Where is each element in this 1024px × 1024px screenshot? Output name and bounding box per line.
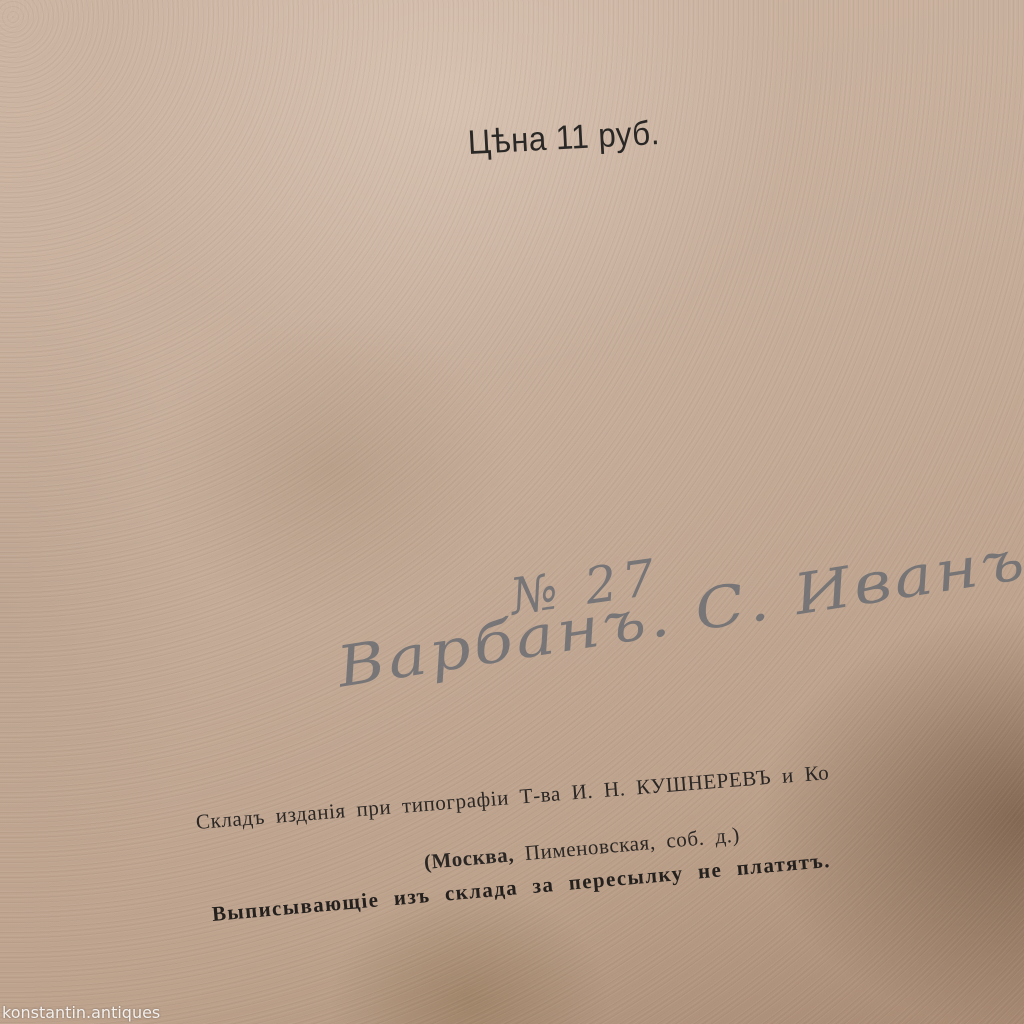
book-page: Цѣна 11 руб. № 27 Варбанъ. С. Иванъ Скла…	[0, 0, 1024, 1024]
imprint-city: (Москва,	[423, 842, 515, 874]
price-stamp: Цѣна 11 руб.	[467, 114, 661, 163]
handwritten-inscription: Варбанъ. С. Иванъ	[333, 527, 1024, 700]
watermark: konstantin.antiques	[2, 1003, 160, 1022]
